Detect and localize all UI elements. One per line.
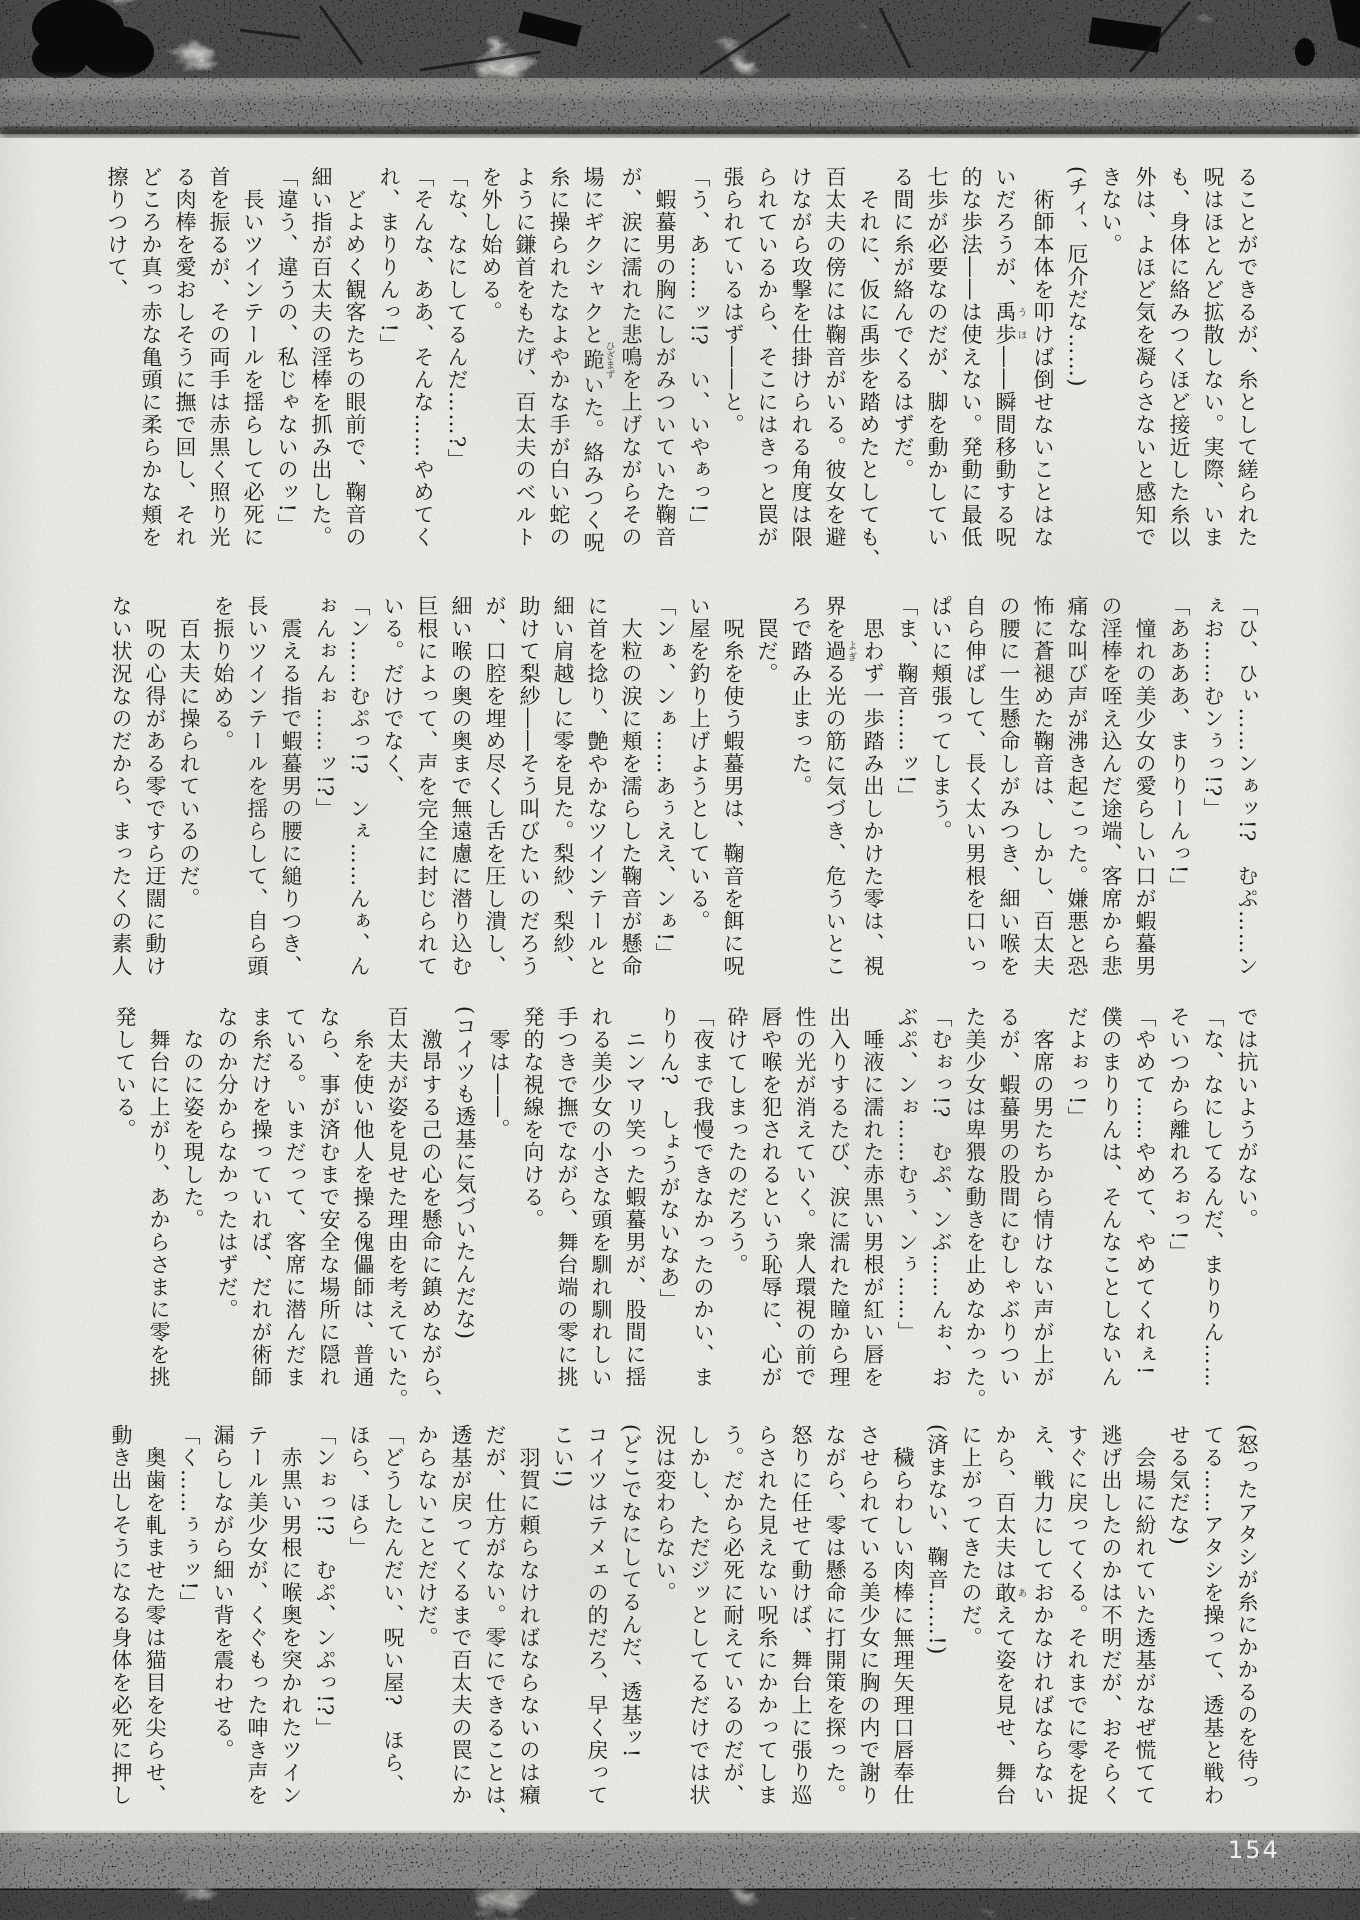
text-column: 長いツインテールを揺らして、自ら頭 <box>240 595 274 987</box>
text-column: 「ンぁ、ンぁ……あぅええ、ンぁ!」 <box>648 595 682 987</box>
text-column: 百太夫に操られているのだ。 <box>172 595 206 987</box>
text-column: ニンマリ笑った蝦蟇男が、股間に揺 <box>618 1006 652 1398</box>
text-column: それに、仮に禹歩を踏めたとしても、 <box>852 166 886 558</box>
text-column: の腰に一生懸命しがみつき、細い喉を <box>992 595 1026 987</box>
text-column: 舞台に上がり、あからさまに零を挑 <box>142 1006 176 1398</box>
text-column: ぉんぉんぉ……ッ!?」 <box>308 595 342 987</box>
text-column: ま糸だけを操っていれば、だれが術師 <box>244 1006 278 1398</box>
text-column: 漏らしながら細い背を震わせる。 <box>206 1424 240 1816</box>
text-column: た美少女は卑猥な動きを止めなかった。 <box>958 1006 992 1398</box>
top-grunge-border <box>0 0 1360 140</box>
text-column: 糸に操られたなよやかな手が白い蛇の <box>542 166 576 558</box>
text-column: 奥歯を軋ませた零は猫目を尖らせ、 <box>138 1424 172 1816</box>
text-column: いだろうが、禹歩うほ――瞬間移動する呪 <box>988 166 1026 558</box>
text-column: 呪はほとんど拡散しない。実際、いま <box>1196 166 1230 558</box>
text-column: 「な、なにしてるんだ、まりりん…… <box>1196 1006 1230 1398</box>
text-column: ぶぷ、ンぉ……むぅ、ンぅ……」 <box>890 1006 924 1398</box>
text-column: 砕けてしまったのだろう。 <box>720 1006 754 1398</box>
text-column: 況は変わらない。 <box>648 1424 682 1816</box>
text-column: 糸を使い他人を操る傀儡師は、普通 <box>346 1006 380 1398</box>
text-column: が、涙に濡れた悲鳴を上げながらその <box>614 166 648 558</box>
text-column: なのか分からなかったはずだ。 <box>210 1006 244 1398</box>
text-column: (済まない、鞠音……!) <box>920 1424 954 1816</box>
text-column: 会場に紛れていた透基がなぜ慌てて <box>1128 1424 1162 1816</box>
text-column: けながら攻撃を仕掛けられる角度は限 <box>784 166 818 558</box>
text-column: すぐに戻ってくる。それまでに零を捉 <box>1060 1424 1094 1816</box>
text-column: ほら、ほら」 <box>342 1424 376 1816</box>
text-column: 大粒の涙に頬を濡らした鞠音が懸命 <box>614 595 648 987</box>
text-column: 細い喉の奥の奥まで無遠慮に潜り込む <box>444 595 478 987</box>
text-column: きない。 <box>1094 166 1128 558</box>
text-column: せる気だな) <box>1162 1424 1196 1816</box>
text-band-1: ることができるが、糸として縒られた呪はほとんど拡散しない。実際、いまも、身体に絡… <box>92 166 1264 558</box>
text-column: 出入りするたび、涙に濡れた瞳から理 <box>822 1006 856 1398</box>
text-column: から、百太夫は敢あえて姿を見せ、舞台 <box>988 1424 1026 1816</box>
text-column: しかし、ただジッとしてるだけでは状 <box>682 1424 716 1816</box>
text-column: を外し始める。 <box>474 166 508 558</box>
text-column: らされた見えない呪糸にかかってしま <box>750 1424 784 1816</box>
text-column: 穢らわしい肉棒に無理矢理口唇奉仕 <box>886 1424 920 1816</box>
text-column: 「ひ、ひぃ……ンぁッ!? むぷ……ン <box>1230 595 1264 987</box>
text-column: る間に糸が絡んでくるはずだ。 <box>886 166 920 558</box>
text-column: 首を振るが、その両手は赤黒く照り光 <box>202 166 236 558</box>
text-column: 「な、なにしてるんだ……?」 <box>440 166 474 558</box>
text-column: に首を捻り、艶やかなツインテールと <box>580 595 614 987</box>
text-column: ることができるが、糸として縒られた <box>1230 166 1264 558</box>
text-column: う。だから必死に耐えているのだが、 <box>716 1424 750 1816</box>
text-band-2: 「ひ、ひぃ……ンぁッ!? むぷ……ンぇお……むンぅっ!?」「ああああ、まりりーん… <box>92 595 1264 987</box>
text-column: なのに姿を現した。 <box>176 1006 210 1398</box>
text-column: の淫棒を咥え込んだ途端、客席から悲 <box>1094 595 1128 987</box>
text-column: だが、仕方がない。零にできることは、 <box>478 1424 512 1816</box>
text-column: からないことだけだ。 <box>410 1424 444 1816</box>
text-column: 術師本体を叩けば倒せないことはな <box>1026 166 1060 558</box>
text-column: 「ああああ、まりりーんっ!」 <box>1162 595 1196 987</box>
text-column: 唇や喉を犯されるという恥辱に、心が <box>754 1006 788 1398</box>
text-column: れる美少女の小さな頭を馴れ馴れしい <box>584 1006 618 1398</box>
text-column: 「ま、鞠音……ッ!」 <box>890 595 924 987</box>
text-column: 赤黒い男根に喉奥を突かれたツイン <box>274 1424 308 1816</box>
text-column: コイツはテメェの的だろ、早く戻って <box>580 1424 614 1816</box>
text-column: (どこでなにしてるんだ、透基ッ! <box>614 1424 648 1816</box>
text-column: れ、まりりんっ!」 <box>372 166 406 558</box>
text-column: だよぉっ!」 <box>1060 1006 1094 1398</box>
text-column: 羽賀に頼らなければならないのは癪 <box>512 1424 546 1816</box>
text-column: 震える指で蝦蟇男の腰に縋りつき、 <box>274 595 308 987</box>
book-page: ることができるが、糸として縒られた呪はほとんど拡散しない。実際、いまも、身体に絡… <box>0 0 1360 1920</box>
text-column: テール美少女が、くぐもった呻き声を <box>240 1424 274 1816</box>
text-column: 巨根によって、声を完全に封じられて <box>410 595 444 987</box>
text-column: るが、蝦蟇男の股間にむしゃぶりつい <box>992 1006 1026 1398</box>
text-band-3: では抗いようがない。「な、なにしてるんだ、まりりん……そいつから離れろぉっ!」「… <box>92 1006 1264 1398</box>
text-column: 罠だ。 <box>750 595 784 987</box>
text-column: なら、事が済むまで安全な場所に隠れ <box>312 1006 346 1398</box>
text-column: りりん? しょうがないなあ」 <box>652 1006 686 1398</box>
text-column: え、戦力にしておかなければならない <box>1026 1424 1060 1816</box>
text-column: ように鎌首をもたげ、百太夫のベルト <box>508 166 542 558</box>
text-column: ぇお……むンぅっ!?」 <box>1196 595 1230 987</box>
text-column: ている。いまだって、客席に潜んだま <box>278 1006 312 1398</box>
bottom-grunge-border <box>0 1830 1360 1920</box>
text-column: 「く……ぅぅッ!」 <box>172 1424 206 1816</box>
page-number: 154 <box>1228 1836 1288 1864</box>
text-column: 思わず一歩踏み出しかけた零は、視 <box>856 595 890 987</box>
text-column: 自ら伸ばして、長く太い男根を口いっ <box>958 595 992 987</box>
text-column: 痛な叫び声が沸き起こった。嫌悪と恐 <box>1060 595 1094 987</box>
text-column: 蝦蟇男の胸にしがみついていた鞠音 <box>648 166 682 558</box>
text-column: 擦りつけて、 <box>100 166 134 558</box>
text-column: (チィ、厄介だな……) <box>1060 166 1094 558</box>
text-column: てる……アタシを操って、透基と戦わ <box>1196 1424 1230 1816</box>
text-column: そいつから離れろぉっ!」 <box>1162 1006 1196 1398</box>
text-column: 「むぉっ!? むぷ、ンぶ……んぉ、お <box>924 1006 958 1398</box>
text-column: 的な歩法――は使えない。発動に最低 <box>954 166 988 558</box>
text-column: 長いツインテールを揺らして必死に <box>236 166 270 558</box>
text-column: 呪の心得がある零ですら迂闊に動け <box>138 595 172 987</box>
text-column: 界を過よぎる光の筋に気づき、危ういとこ <box>818 595 856 987</box>
text-column: 動き出しそうになる身体を必死に押し <box>104 1424 138 1816</box>
text-column: 「ン……むぷっ!? ンぇ……んぁ、ん <box>342 595 376 987</box>
text-column: ながら、零は懸命に打開策を探った。 <box>818 1424 852 1816</box>
text-column: 「ンぉっ!? むぷ、ンぷっ!?」 <box>308 1424 342 1816</box>
text-column: 零は――。 <box>482 1006 516 1398</box>
text-column: 発的な視線を向ける。 <box>516 1006 550 1398</box>
text-column: では抗いようがない。 <box>1230 1006 1264 1398</box>
text-column: 「う、あ……ッ!? い、いやぁっ!」 <box>682 166 716 558</box>
text-column: 「そんな、ああ、そんな……やめてく <box>406 166 440 558</box>
text-column: 透基が戻ってくるまで百太夫の罠にか <box>444 1424 478 1816</box>
text-column: 憧れの美少女の愛らしい口が蝦蟇男 <box>1128 595 1162 987</box>
text-column: させられている美少女に胸の内で謝り <box>852 1424 886 1816</box>
text-column: 「違う、違うの、私じゃないのッ!」 <box>270 166 304 558</box>
text-column: 百太夫の傍には鞠音がいる。彼女を避 <box>818 166 852 558</box>
text-column: 発している。 <box>108 1006 142 1398</box>
text-column: いる。だけでなく、 <box>376 595 410 987</box>
text-column: も、身体に絡みつくほど接近した糸以 <box>1162 166 1196 558</box>
text-column: ない状況なのだから、まったくの素人 <box>104 595 138 987</box>
text-column: 七歩が必要なのだが、脚を動かしてい <box>920 166 954 558</box>
text-column: (コイツも透基に気づいたんだな) <box>448 1006 482 1398</box>
text-column: 「どうしたんだい、呪い屋? ほら、 <box>376 1424 410 1816</box>
text-column: こい!) <box>546 1424 580 1816</box>
text-column: 手つきで撫でながら、舞台端の零に挑 <box>550 1006 584 1398</box>
text-column: に上がってきたのだ。 <box>954 1424 988 1816</box>
text-column: 激昂する己の心を懸命に鎮めながら、 <box>414 1006 448 1398</box>
text-column: 細い指が百太夫の淫棒を抓み出した。 <box>304 166 338 558</box>
text-column: どよめく観客たちの眼前で、鞠音の <box>338 166 372 558</box>
text-column: 助けて梨紗――そう叫びたいのだろう <box>512 595 546 987</box>
text-column: 細い肩越しに零を見た。梨紗、梨紗、 <box>546 595 580 987</box>
text-column: (怒ったアタシが糸にかかるのを待っ <box>1230 1424 1264 1816</box>
text-column: 「夜まで我慢できなかったのかい、ま <box>686 1006 720 1398</box>
text-column: を振り始める。 <box>206 595 240 987</box>
text-column: 唾液に濡れた赤黒い男根が紅い唇を <box>856 1006 890 1398</box>
text-column: 客席の男たちから情けない声が上が <box>1026 1006 1060 1398</box>
text-column: ろで踏み止まった。 <box>784 595 818 987</box>
text-column: い屋を釣り上げようとしている。 <box>682 595 716 987</box>
text-column: 「やめて……やめて、やめてくれぇ! <box>1128 1006 1162 1398</box>
text-column: る肉棒を愛おしそうに撫で回し、それ <box>168 166 202 558</box>
text-column: 外は、よほど気を凝らさないと感知で <box>1128 166 1162 558</box>
text-band-4: (怒ったアタシが糸にかかるのを待ってる……アタシを操って、透基と戦わせる気だな)… <box>92 1424 1264 1816</box>
text-column: ぱいに頬張ってしまう。 <box>924 595 958 987</box>
text-column: 怒りに任せて動けば、舞台上に張り巡 <box>784 1424 818 1816</box>
text-column: 怖に蒼褪めた鞠音は、しかし、百太夫 <box>1026 595 1060 987</box>
text-column: 場にギクシャクと跪ひざまずいた。絡みつく呪 <box>576 166 614 558</box>
text-column: 逃げ出したのかは不明だが、おそらく <box>1094 1424 1128 1816</box>
text-column: 僕のまりりんは、そんなことしないん <box>1094 1006 1128 1398</box>
text-column: 性の光が消えていく。衆人環視の前で <box>788 1006 822 1398</box>
text-column: どころか真っ赤な亀頭に柔らかな頬を <box>134 166 168 558</box>
text-column: 張られているはず――と。 <box>716 166 750 558</box>
text-column: られているから、そこにはきっと罠が <box>750 166 784 558</box>
text-column: 呪糸を使う蝦蟇男は、鞠音を餌に呪 <box>716 595 750 987</box>
text-column: 百太夫が姿を見せた理由を考えていた。 <box>380 1006 414 1398</box>
text-column: が、口腔を埋め尽くし舌を圧し潰し、 <box>478 595 512 987</box>
